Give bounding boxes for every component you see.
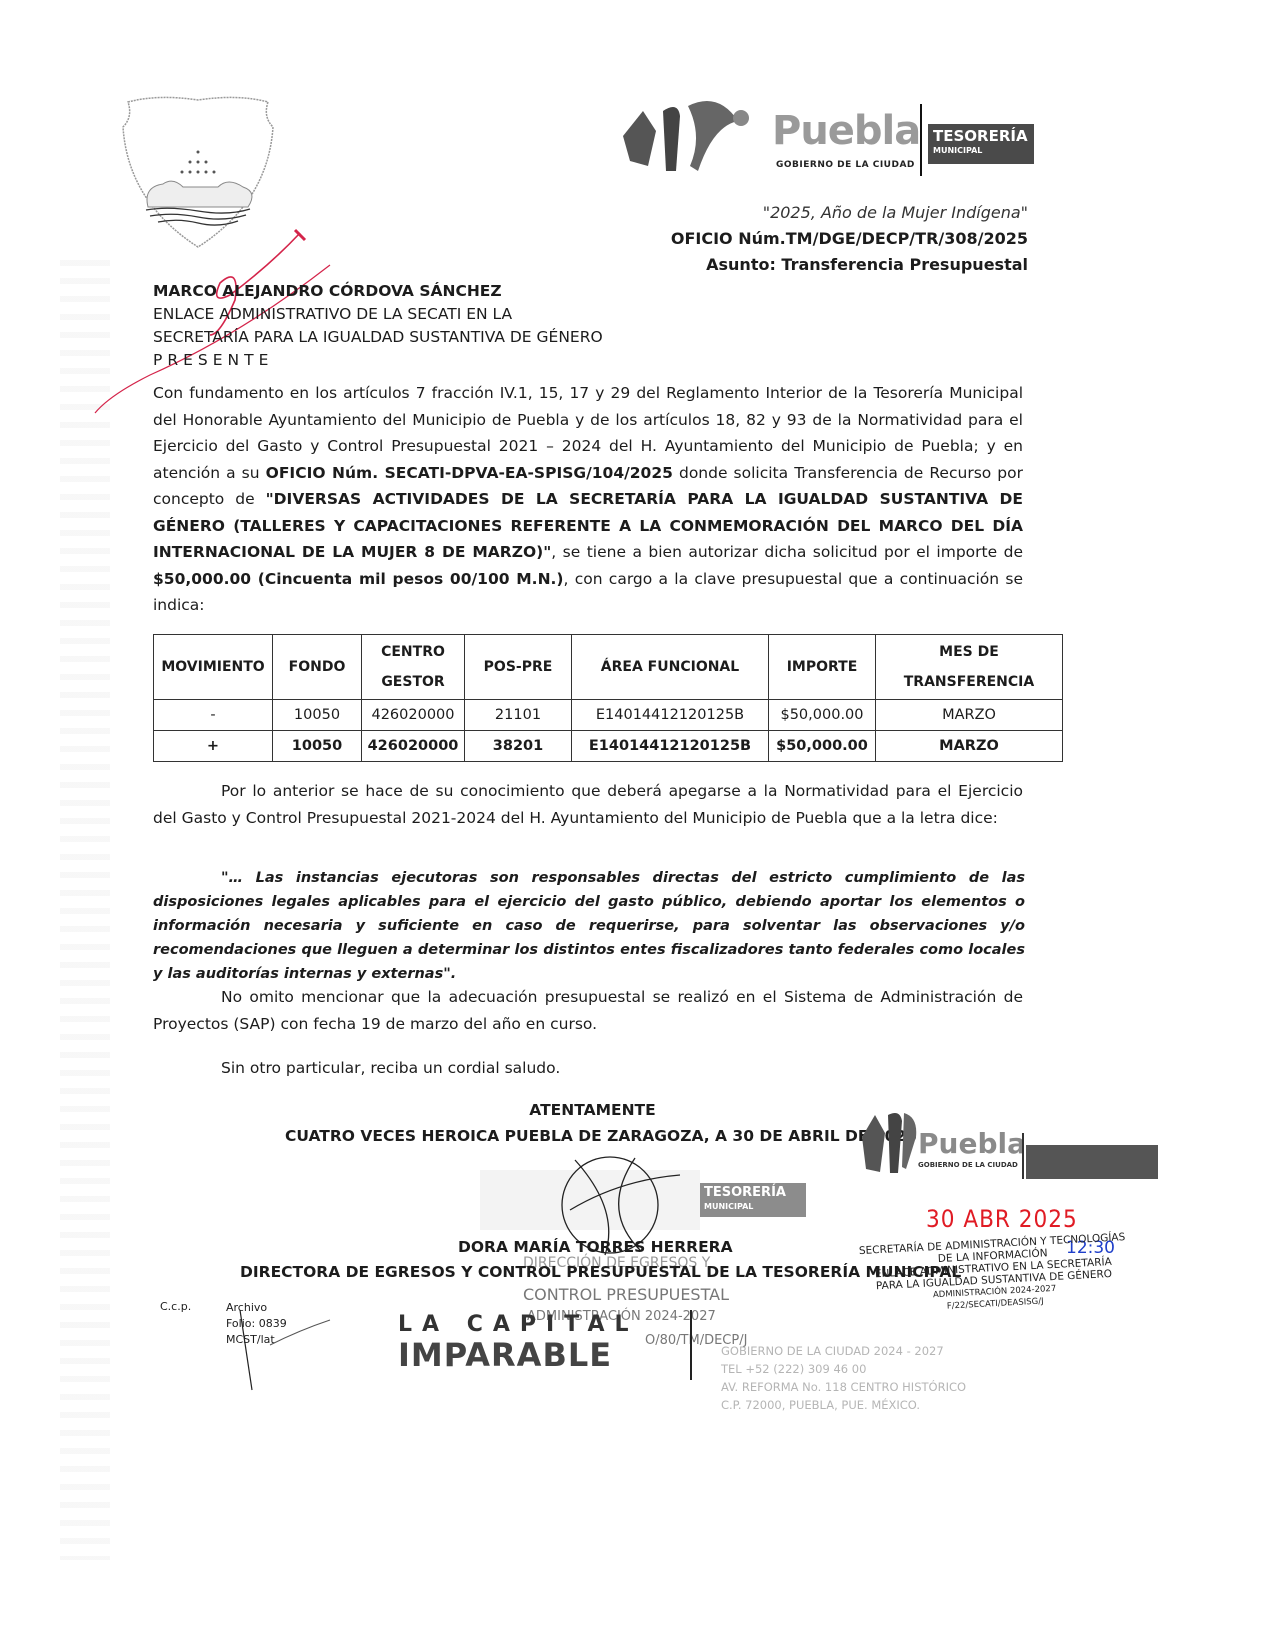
- signer-name: DORA MARÍA TORRES HERRERA: [458, 1238, 733, 1256]
- cc-label: C.c.p.: [160, 1300, 191, 1313]
- received-date-stamp: 30 ABR 2025: [926, 1205, 1078, 1233]
- receipt-logo-word: Puebla: [918, 1127, 1026, 1160]
- receipt-logo-box: [1026, 1145, 1158, 1179]
- puebla-emblem-icon: [618, 96, 768, 176]
- footer-phone: TEL +52 (222) 309 46 00: [721, 1360, 966, 1378]
- cell-movimiento: -: [154, 700, 273, 731]
- table-header-row: MOVIMIENTO FONDO CENTRO GESTOR POS-PRE Á…: [154, 635, 1063, 700]
- addressee-title-2: SECRETARÍA PARA LA IGUALDAD SUSTANTIVA D…: [153, 326, 603, 349]
- seal-sub: MUNICIPAL: [704, 1202, 753, 1211]
- cell-centro-gestor: 426020000: [362, 700, 465, 731]
- col-importe: IMPORTE: [769, 635, 876, 700]
- addressee-name: MARCO ALEJANDRO CÓRDOVA SÁNCHEZ: [153, 280, 603, 303]
- p1-amount: $50,000.00 (Cincuenta mil pesos 00/100 M…: [153, 570, 564, 588]
- cell-pos-pre: 21101: [465, 700, 572, 731]
- cell-area-funcional: E14014412120125B: [572, 700, 769, 731]
- col-centro-gestor: CENTRO GESTOR: [362, 635, 465, 700]
- cell-movimiento: +: [154, 731, 273, 762]
- receipt-logo: Puebla GOBIERNO DE LA CIUDAD: [860, 1105, 1160, 1185]
- place-and-date: CUATRO VECES HEROICA PUEBLA DE ZARAGOZA,…: [285, 1127, 917, 1145]
- table-row: - 10050 426020000 21101 E14014412120125B…: [154, 700, 1063, 731]
- cell-importe: $50,000.00: [769, 731, 876, 762]
- cell-importe: $50,000.00: [769, 700, 876, 731]
- p1-text-e: , se tiene a bien autorizar dicha solici…: [551, 543, 1023, 561]
- cell-pos-pre: 38201: [465, 731, 572, 762]
- closing-greeting: Sin otro particular, reciba un cordial s…: [221, 1055, 1091, 1082]
- p1-oficio-ref: OFICIO Núm. SECATI-DPVA-EA-SPISG/104/202…: [266, 464, 673, 482]
- stamp-divider: [690, 1310, 692, 1380]
- tesoreria-badge-title: TESORERÍA: [933, 127, 1028, 145]
- tesoreria-badge-sub: MUNICIPAL: [933, 146, 982, 155]
- cell-fondo: 10050: [273, 731, 362, 762]
- seal-title: TESORERÍA: [704, 1185, 786, 1200]
- slogan-line-2: IMPARABLE: [398, 1336, 612, 1374]
- puebla-emblem-small-icon: [860, 1107, 920, 1177]
- slogan-line-1: LA CAPITAL: [398, 1312, 639, 1337]
- cell-mes: MARZO: [876, 731, 1063, 762]
- logo-divider: [920, 104, 922, 176]
- tesoreria-badge: TESORERÍA MUNICIPAL: [928, 124, 1034, 164]
- initials-scribble-icon: [230, 1305, 340, 1395]
- table-row: + 10050 426020000 38201 E14014412120125B…: [154, 731, 1063, 762]
- cell-mes: MARZO: [876, 700, 1063, 731]
- receipt-logo-divider: [1022, 1133, 1024, 1179]
- col-area-funcional: ÁREA FUNCIONAL: [572, 635, 769, 700]
- col-movimiento: MOVIMIENTO: [154, 635, 273, 700]
- cell-area-funcional: E14014412120125B: [572, 731, 769, 762]
- received-stamp-text: SECRETARÍA DE ADMINISTRACIÓN Y TECNOLOGÍ…: [842, 1230, 1145, 1318]
- col-mes-transferencia: MES DE TRANSFERENCIA: [876, 635, 1063, 700]
- tesoreria-seal: TESORERÍA MUNICIPAL: [700, 1183, 806, 1217]
- year-motto: "2025, Año de la Mujer Indígena": [763, 203, 1028, 222]
- footer-contact: GOBIERNO DE LA CIUDAD 2024 - 2027 TEL +5…: [721, 1342, 966, 1414]
- addressee-title-1: ENLACE ADMINISTRATIVO DE LA SECATI EN LA: [153, 303, 603, 326]
- footer-line: GOBIERNO DE LA CIUDAD 2024 - 2027: [721, 1342, 966, 1360]
- budget-transfer-table: MOVIMIENTO FONDO CENTRO GESTOR POS-PRE Á…: [153, 634, 1063, 762]
- oficio-number: OFICIO Núm.TM/DGE/DECP/TR/308/2025: [671, 229, 1028, 248]
- scan-edge-noise: [60, 260, 110, 1560]
- cell-centro-gestor: 426020000: [362, 731, 465, 762]
- addressee-presente: PRESENTE: [153, 349, 603, 372]
- receipt-logo-sub: GOBIERNO DE LA CIUDAD: [918, 1161, 1018, 1169]
- footer-address: AV. REFORMA No. 118 CENTRO HISTÓRICO: [721, 1378, 966, 1396]
- addressee-block: MARCO ALEJANDRO CÓRDOVA SÁNCHEZ ENLACE A…: [153, 280, 603, 372]
- logo-subtitle: GOBIERNO DE LA CIUDAD: [776, 160, 915, 170]
- stamp-line-2: CONTROL PRESUPUESTAL: [523, 1285, 729, 1304]
- footer-city: C.P. 72000, PUEBLA, PUE. MÉXICO.: [721, 1396, 966, 1414]
- puebla-tesoreria-logo: Puebla GOBIERNO DE LA CIUDAD TESORERÍA M…: [648, 100, 1068, 180]
- logo-wordmark: Puebla: [772, 108, 920, 154]
- body-paragraph-1: Con fundamento en los artículos 7 fracci…: [153, 380, 1023, 619]
- regulation-quote: "… Las instancias ejecutoras son respons…: [153, 866, 1025, 986]
- body-paragraph-3: No omito mencionar que la adecuación pre…: [153, 984, 1023, 1037]
- cell-fondo: 10050: [273, 700, 362, 731]
- body-paragraph-2: Por lo anterior se hace de su conocimien…: [153, 778, 1023, 831]
- col-pos-pre: POS-PRE: [465, 635, 572, 700]
- col-fondo: FONDO: [273, 635, 362, 700]
- subject-line: Asunto: Transferencia Presupuestal: [706, 255, 1028, 274]
